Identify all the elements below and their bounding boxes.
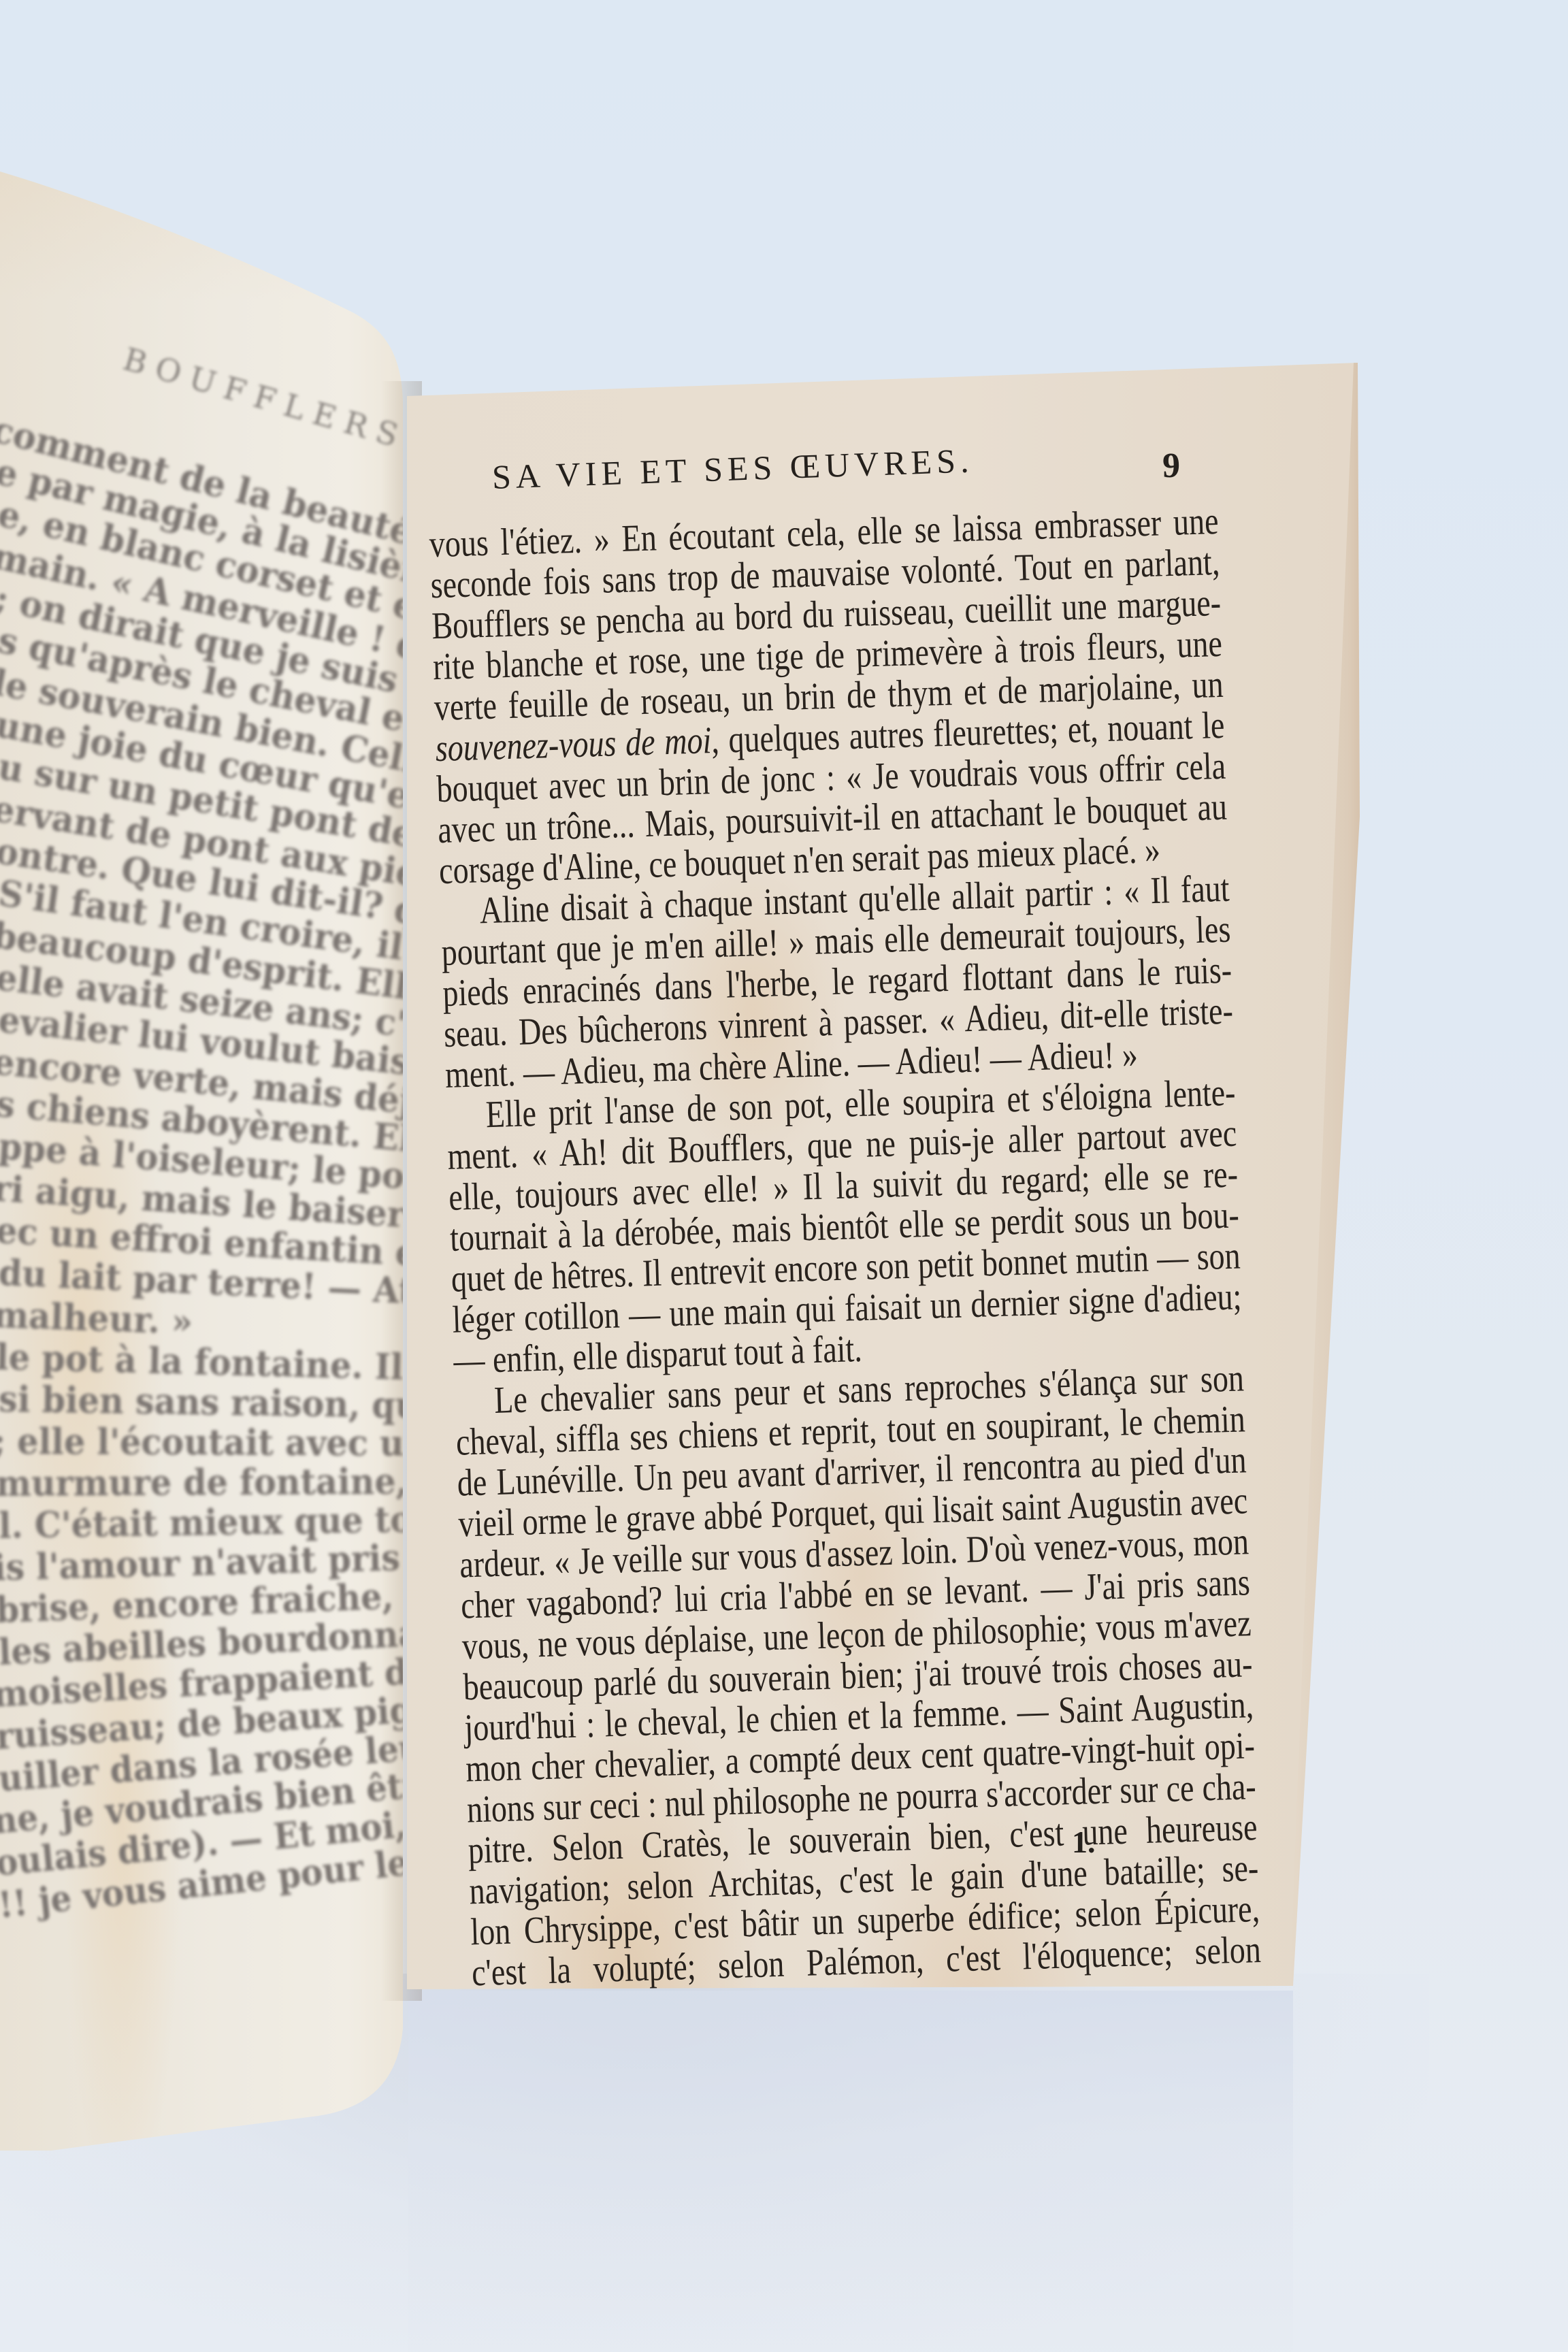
running-head: SA VIE ET SES ŒUVRES. [491, 440, 974, 497]
page-number: 9 [1162, 446, 1180, 486]
signature-mark: 1. [1072, 1824, 1096, 1860]
body-text: vous l'étiez. » En écoutant cela, elle s… [429, 501, 1262, 1993]
right-page-content: SA VIE ET SES ŒUVRES. 9 vous l'étiez. » … [0, 0, 1568, 2352]
